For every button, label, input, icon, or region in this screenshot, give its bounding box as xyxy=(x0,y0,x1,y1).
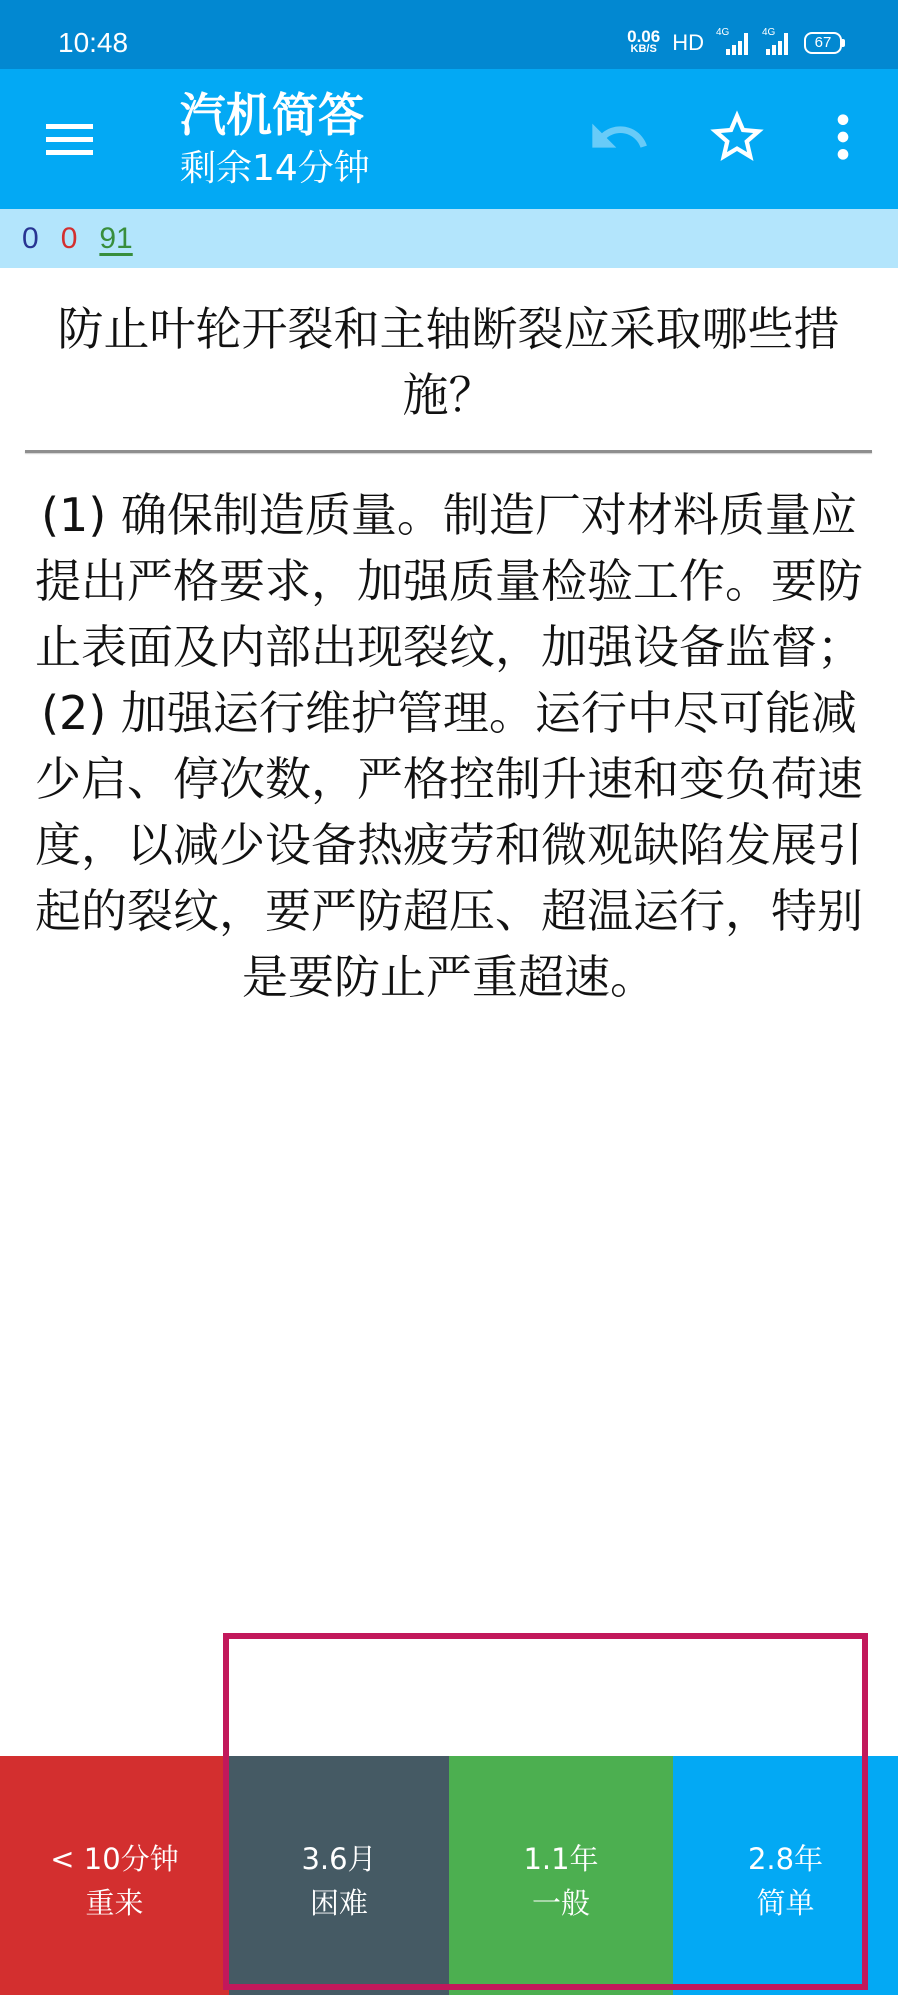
review-count: 91 xyxy=(99,222,132,256)
card-counts-bar: 0 0 91 xyxy=(0,209,898,268)
signal-sim1-icon: 4G xyxy=(716,31,750,55)
sim2-network-label: 4G xyxy=(762,27,775,38)
answer-buttons: < 10分钟 重来 3.6月 困难 1.1年 一般 2.8年 简单 xyxy=(0,1756,898,1995)
answer-paragraph: (2) 加强运行维护管理。运行中尽可能减少启、停次数，严格控制升速和变负荷速度，… xyxy=(22,680,876,1010)
menu-button[interactable] xyxy=(30,107,110,171)
again-button[interactable]: < 10分钟 重来 xyxy=(0,1756,229,1995)
hard-interval: 3.6月 xyxy=(301,1837,376,1881)
deck-title: 汽机简答 xyxy=(180,87,364,143)
undo-button[interactable] xyxy=(587,105,651,169)
card-answer: (1) 确保制造质量。制造厂对材料质量应提出严格要求，加强质量检验工作。要防止表… xyxy=(22,482,876,1010)
hard-button[interactable]: 3.6月 困难 xyxy=(229,1756,449,1995)
status-bar: 10:48 0.06 KB/S HD 4G 4G 67 xyxy=(0,0,898,69)
signal-sim2-icon: 4G xyxy=(762,31,792,55)
new-count: 0 xyxy=(22,222,39,256)
easy-label: 简单 xyxy=(756,1881,814,1925)
net-speed-value: 0.06 xyxy=(627,30,660,43)
learning-count: 0 xyxy=(61,222,78,256)
question-answer-divider xyxy=(25,450,872,453)
card-question: 防止叶轮开裂和主轴断裂应采取哪些措施？ xyxy=(25,296,872,428)
again-label: 重来 xyxy=(85,1881,143,1925)
good-button[interactable]: 1.1年 一般 xyxy=(449,1756,673,1995)
undo-icon xyxy=(587,105,651,169)
more-options-button[interactable] xyxy=(811,105,875,169)
menu-icon-line xyxy=(46,137,93,142)
answer-paragraph: (1) 确保制造质量。制造厂对材料质量应提出严格要求，加强质量检验工作。要防止表… xyxy=(22,482,876,680)
good-label: 一般 xyxy=(532,1881,590,1925)
more-vert-icon xyxy=(811,105,875,169)
net-speed-unit: KB/S xyxy=(631,43,657,56)
net-speed-indicator: 0.06 KB/S xyxy=(627,30,660,56)
menu-icon-line xyxy=(46,150,93,155)
hd-voice-icon: HD xyxy=(672,30,704,56)
status-time: 10:48 xyxy=(58,26,128,60)
time-remaining: 剩余14分钟 xyxy=(180,147,370,191)
easy-interval: 2.8年 xyxy=(748,1837,823,1881)
star-outline-icon xyxy=(705,105,769,169)
good-interval: 1.1年 xyxy=(523,1837,598,1881)
sim1-network-label: 4G xyxy=(716,27,729,38)
app-toolbar: 汽机简答 剩余14分钟 xyxy=(0,69,898,209)
hard-label: 困难 xyxy=(310,1881,368,1925)
menu-icon xyxy=(46,124,93,129)
easy-button[interactable]: 2.8年 简单 xyxy=(673,1756,898,1995)
favorite-button[interactable] xyxy=(705,105,769,169)
battery-icon: 67 xyxy=(804,32,842,54)
status-icons: 0.06 KB/S HD 4G 4G 67 xyxy=(627,26,842,60)
again-interval: < 10分钟 xyxy=(50,1837,178,1881)
